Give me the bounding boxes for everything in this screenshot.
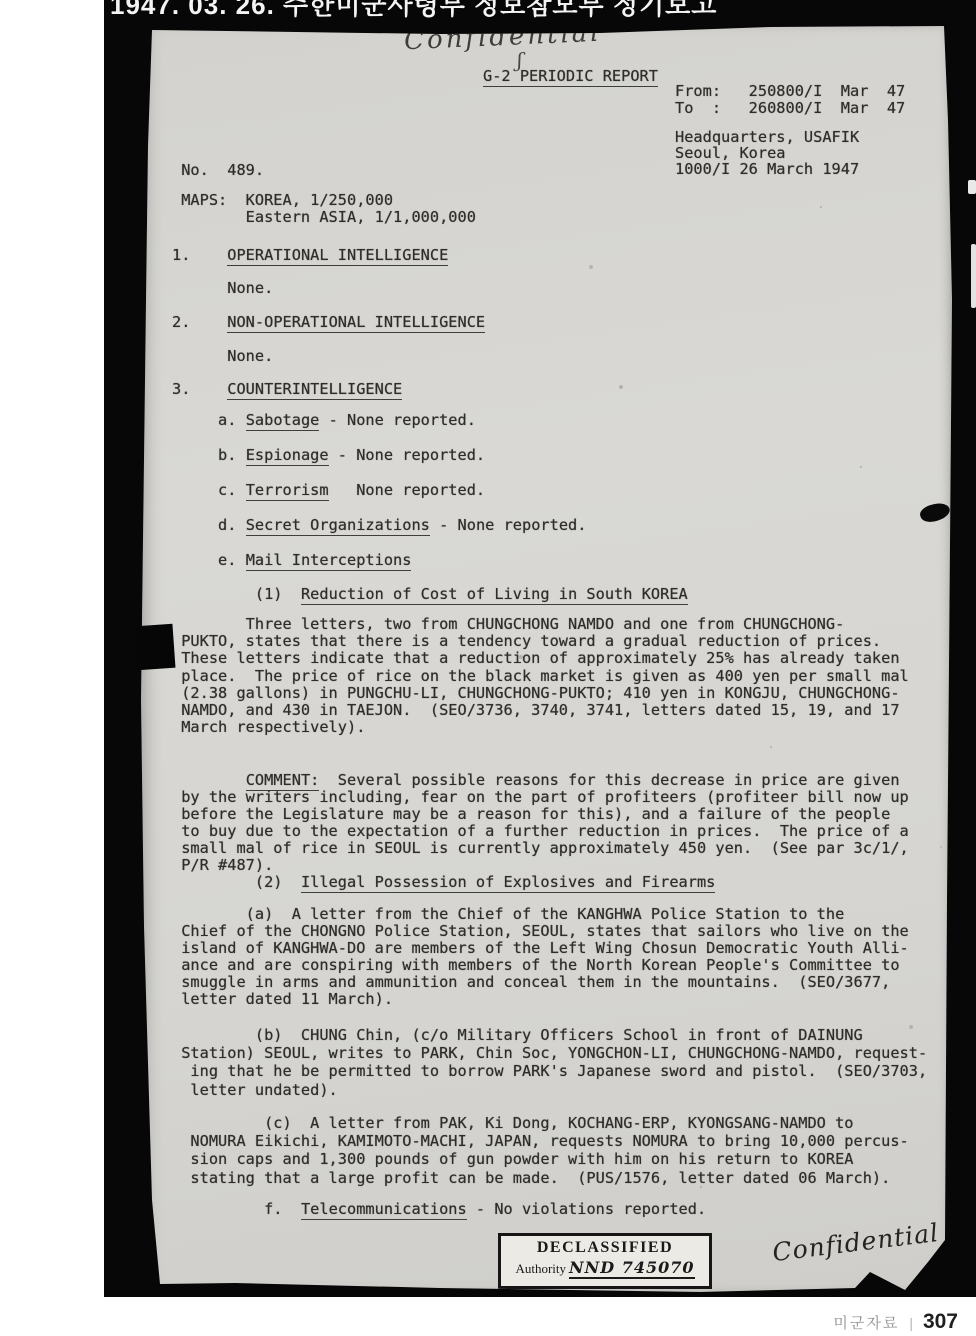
item-b-marker: b. bbox=[172, 446, 246, 464]
item-c-marker: c. bbox=[172, 481, 246, 499]
section-2-number: 2. bbox=[172, 313, 227, 331]
section-1-number: 1. bbox=[172, 246, 227, 264]
item-b-title: Espionage bbox=[246, 446, 329, 466]
from-to-block: From: 250800/I Mar 47 To : 260800/I Mar … bbox=[675, 83, 905, 117]
report-number: No. 489. bbox=[172, 162, 264, 179]
archive-title-banner: 1947. 03. 26. 주한미군사령부 정보참모부 정기보고 bbox=[110, 0, 717, 22]
footer-source-label: 미군자료 bbox=[833, 1315, 899, 1332]
scanned-document-background: 1947. 03. 26. 주한미군사령부 정보참모부 정기보고 Confide… bbox=[104, 0, 976, 1297]
section-2-heading: 2. NON-OPERATIONAL INTELLIGENCE bbox=[172, 314, 485, 331]
item-d-secret-organizations: d. Secret Organizations - None reported. bbox=[172, 517, 586, 534]
item-f-marker: f. bbox=[172, 1200, 301, 1218]
report-title: G-2 PERIODIC REPORT bbox=[483, 68, 658, 85]
declassified-stamp-authority-line: AuthorityNND 745070 bbox=[501, 1258, 709, 1277]
section-3-heading: 3. COUNTERINTELLIGENCE bbox=[172, 381, 402, 398]
cost-of-living-paragraph: Three letters, two from CHUNGCHONG NAMDO… bbox=[172, 616, 909, 736]
item-f-title: Telecommunications bbox=[301, 1200, 467, 1220]
item-d-text: - None reported. bbox=[430, 516, 587, 534]
document-paper: Confidential ʃ G-2 PERIODIC REPORT From:… bbox=[140, 26, 952, 1292]
subsection-1-title: Reduction of Cost of Living in South KOR… bbox=[301, 585, 688, 605]
subsection-2-number: (2) bbox=[172, 873, 301, 891]
section-2-title: NON-OPERATIONAL INTELLIGENCE bbox=[227, 313, 485, 333]
item-f-text: - No violations reported. bbox=[467, 1200, 706, 1218]
item-e-title: Mail Interceptions bbox=[246, 551, 412, 571]
authority-value-handwritten: NND 745070 bbox=[569, 1258, 695, 1279]
item-c-text: None reported. bbox=[329, 481, 486, 499]
item-a-sabotage: a. Sabotage - None reported. bbox=[172, 412, 476, 429]
archive-page-footer: 미군자료|307 bbox=[833, 1310, 958, 1334]
item-e-marker: e. bbox=[172, 551, 246, 569]
handwritten-confidential-bottom: Confidential bbox=[771, 1218, 941, 1267]
page: 1947. 03. 26. 주한미군사령부 정보참모부 정기보고 Confide… bbox=[0, 0, 976, 1336]
subsection-1-number: (1) bbox=[172, 585, 301, 603]
declassified-stamp-title: DECLASSIFIED bbox=[501, 1239, 709, 1257]
section-1-title: OPERATIONAL INTELLIGENCE bbox=[227, 246, 448, 266]
scan-edge-speck bbox=[971, 244, 976, 308]
paragraph-b-chung-chin: (b) CHUNG Chin, (c/o Military Officers S… bbox=[172, 1026, 927, 1099]
item-b-text: - None reported. bbox=[329, 446, 486, 464]
headquarters-block: Headquarters, USAFIK Seoul, Korea 1000/I… bbox=[675, 129, 859, 177]
declassified-stamp: DECLASSIFIED AuthorityNND 745070 bbox=[498, 1233, 712, 1289]
comment-paragraph: COMMENT: Several possible reasons for th… bbox=[172, 772, 909, 874]
handwritten-confidential-top: Confidential bbox=[403, 18, 602, 57]
section-3-number: 3. bbox=[172, 380, 227, 398]
section-1-body: None. bbox=[172, 280, 273, 297]
item-d-marker: d. bbox=[172, 516, 246, 534]
subsection-2-title: Illegal Possession of Explosives and Fir… bbox=[301, 873, 715, 893]
item-a-text: - None reported. bbox=[319, 411, 476, 429]
subsection-2-heading: (2) Illegal Possession of Explosives and… bbox=[172, 874, 715, 891]
item-d-title: Secret Organizations bbox=[246, 516, 430, 536]
section-1-heading: 1. OPERATIONAL INTELLIGENCE bbox=[172, 247, 448, 264]
comment-indent bbox=[172, 771, 246, 789]
section-3-title: COUNTERINTELLIGENCE bbox=[227, 380, 402, 400]
paragraph-c-pak-ki-dong: (c) A letter from PAK, Ki Dong, KOCHANG-… bbox=[172, 1114, 909, 1187]
item-e-mail-interceptions: e. Mail Interceptions bbox=[172, 552, 411, 569]
scan-left-tab-mark bbox=[135, 624, 176, 671]
item-c-title: Terrorism bbox=[246, 481, 329, 501]
report-title-text: G-2 PERIODIC REPORT bbox=[483, 67, 658, 87]
item-a-marker: a. bbox=[172, 411, 246, 429]
subsection-1-heading: (1) Reduction of Cost of Living in South… bbox=[172, 586, 688, 603]
maps-block: MAPS: KOREA, 1/250,000 Eastern ASIA, 1/1… bbox=[172, 192, 476, 226]
paragraph-a-kanghwa: (a) A letter from the Chief of the KANGH… bbox=[172, 906, 909, 1008]
item-b-espionage: b. Espionage - None reported. bbox=[172, 447, 485, 464]
item-a-title: Sabotage bbox=[246, 411, 320, 431]
footer-divider: | bbox=[909, 1315, 913, 1331]
authority-label: Authority bbox=[515, 1261, 566, 1276]
section-2-body: None. bbox=[172, 348, 273, 365]
item-f-telecommunications: f. Telecommunications - No violations re… bbox=[172, 1201, 706, 1218]
scan-edge-speck bbox=[968, 180, 976, 194]
footer-page-number: 307 bbox=[923, 1310, 958, 1333]
item-c-terrorism: c. Terrorism None reported. bbox=[172, 482, 485, 499]
